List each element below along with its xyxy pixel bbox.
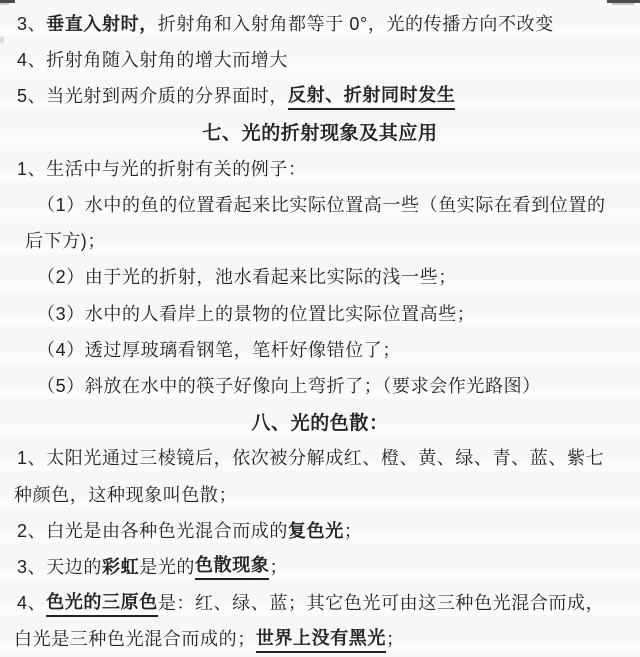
text-line: 种颜色，这种现象叫色散； [0,475,640,511]
body-text: 5、当光射到两介质的分界面时， [17,82,288,108]
body-text: 是光的 [139,553,195,579]
text-line: （5）斜放在水中的筷子好像向上弯折了；（要求会作光路图） [0,367,640,403]
text-line: （4）透过厚玻璃看钢笔，笔杆好像错位了； [0,331,640,367]
emphasized-underlined-text: 世界上没有黑光 [256,624,386,653]
body-text: 是：红、绿、蓝；其它色光可由这三种色光混合而成， [158,589,604,615]
text-line: 1、生活中与光的折射有关的例子： [0,150,640,186]
body-text: （1）水中的鱼的位置看起来比实际位置高一些（鱼实际在看到位置的 [37,191,606,217]
body-text: 后下方)； [25,227,106,253]
section-heading: 七、光的折射现象及其应用 [0,114,640,150]
body-text: ； [269,553,288,579]
text-line: 3、天边的彩虹是光的色散现象； [0,548,640,584]
section-heading: 八、光的色散： [0,403,640,439]
body-text: 3、 [17,10,46,36]
body-text: 折射角和入射角都等于 0°，光的传播方向不改变 [158,10,554,36]
emphasized-underlined-text: 色散现象 [195,551,269,580]
body-text: 1、生活中与光的折射有关的例子： [17,155,307,181]
text-line: 4、折射角随入射角的增大而增大 [0,41,640,77]
emphasized-text: 垂直入射时， [46,10,158,36]
body-text: 1、太阳光通过三棱镜后，依次被分解成红、橙、黄、绿、青、蓝、紫七 [17,444,604,470]
body-text: （2）由于光的折射，池水看起来比实际的浅一些； [37,263,457,289]
text-line: （3）水中的人看岸上的景物的位置比实际位置高些； [0,295,640,331]
emphasized-text: 彩虹 [102,553,139,579]
emphasized-text: 复色光 [288,517,344,543]
emphasized-text: 七、光的折射现象及其应用 [202,118,437,145]
emphasized-underlined-text: 反射、折射同时发生 [288,81,455,110]
body-text: 白光是三种色光混合而成的； [14,625,256,651]
emphasized-underlined-text: 色光的三原色 [46,588,158,617]
text-line: 3、垂直入射时，折射角和入射角都等于 0°，光的传播方向不改变 [0,5,640,41]
body-text: 种颜色，这种现象叫色散； [14,481,237,507]
body-text: 3、天边的 [17,553,102,579]
document-lines: 3、垂直入射时，折射角和入射角都等于 0°，光的传播方向不改变4、折射角随入射角… [0,5,640,656]
body-text: （4）透过厚玻璃看钢笔，笔杆好像错位了； [37,336,401,362]
body-text: 2、白光是由各种色光混合而成的 [17,517,288,543]
body-text: （5）斜放在水中的筷子好像向上弯折了；（要求会作光路图） [37,372,541,398]
body-text: ； [344,517,363,543]
body-text: （3）水中的人看岸上的景物的位置比实际位置高些； [37,300,475,326]
body-text: ； [386,625,405,651]
text-line: （1）水中的鱼的位置看起来比实际位置高一些（鱼实际在看到位置的 [0,186,640,222]
text-line: 后下方)； [0,222,640,258]
body-text: 4、折射角随入射角的增大而增大 [17,46,288,72]
text-line: 5、当光射到两介质的分界面时，反射、折射同时发生 [0,77,640,113]
text-line: （2）由于光的折射，池水看起来比实际的浅一些； [0,258,640,294]
emphasized-text: 八、光的色散： [251,408,388,435]
text-line: 2、白光是由各种色光混合而成的复色光； [0,512,640,548]
text-line: 1、太阳光通过三棱镜后，依次被分解成红、橙、黄、绿、青、蓝、紫七 [0,439,640,475]
text-line: 4、色光的三原色是：红、绿、蓝；其它色光可由这三种色光混合而成， [0,584,640,620]
body-text: 4、 [17,589,46,615]
document-page: 3、垂直入射时，折射角和入射角都等于 0°，光的传播方向不改变4、折射角随入射角… [0,0,640,657]
text-line: 白光是三种色光混合而成的；世界上没有黑光； [0,620,640,656]
